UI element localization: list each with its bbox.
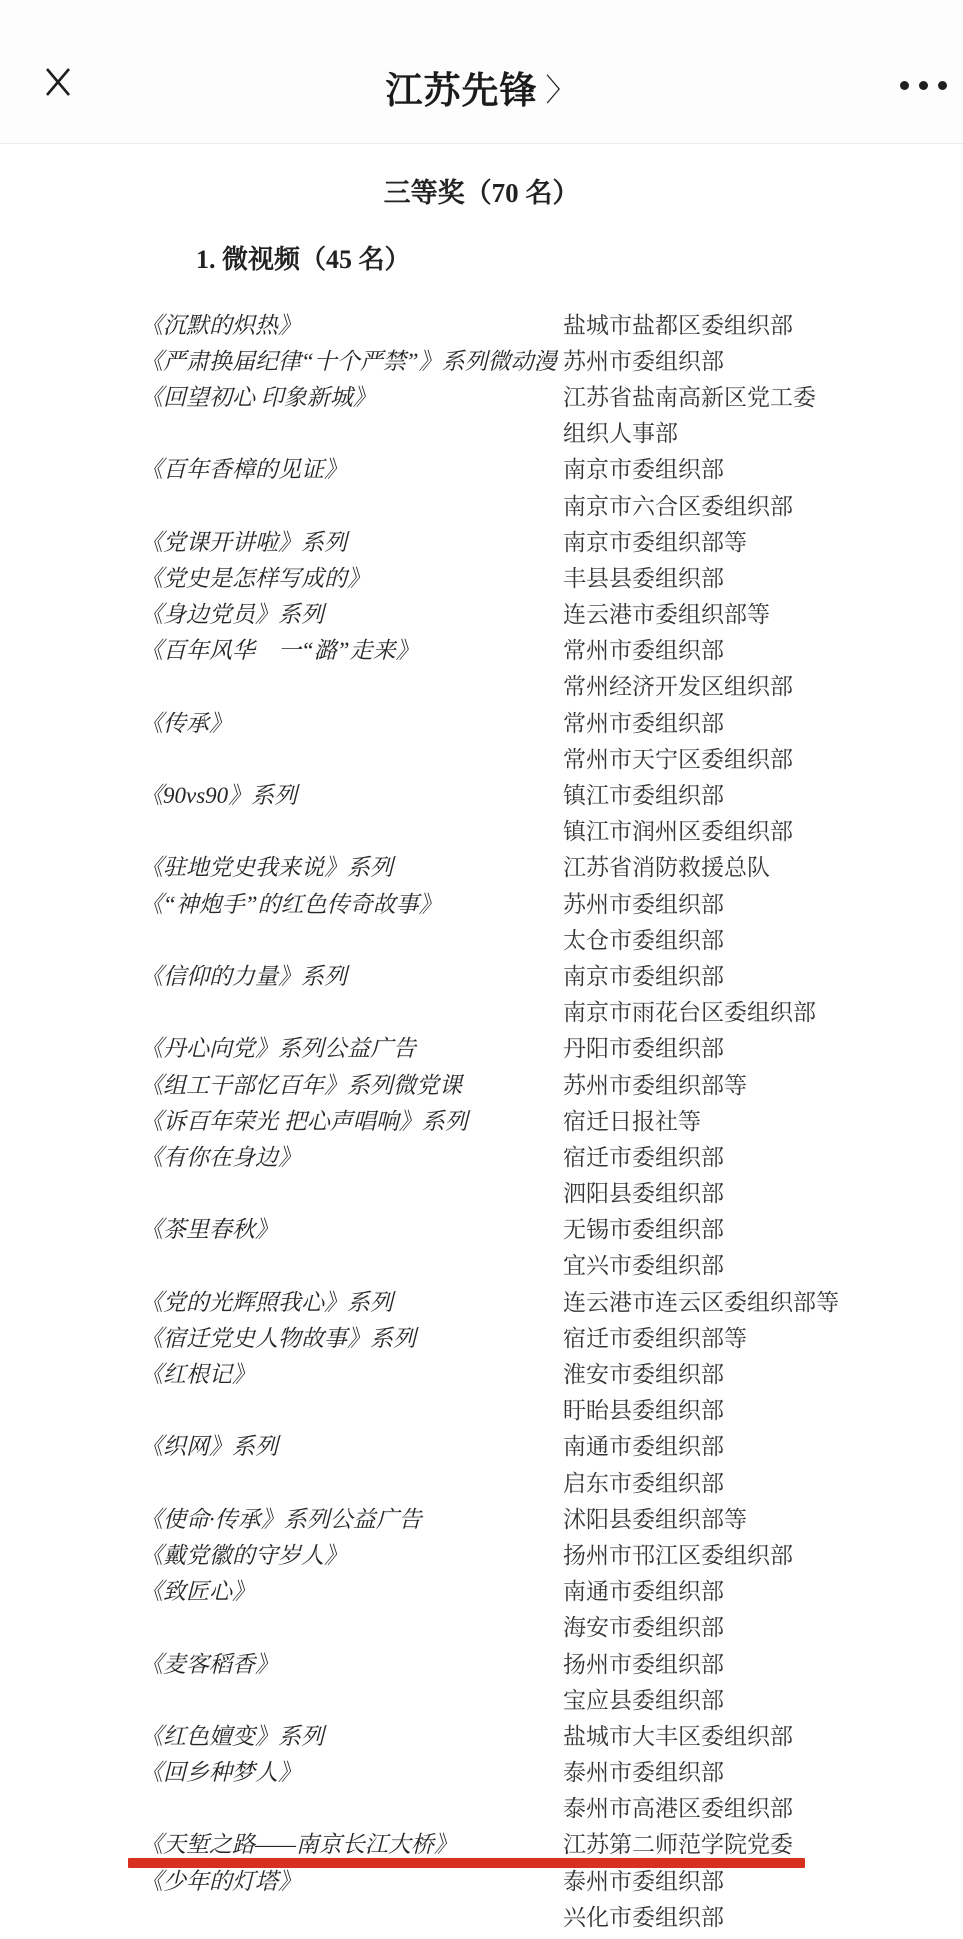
- entry-org: 江苏第二师范学院党委: [563, 1826, 793, 1859]
- entry-line: 盱眙县委组织部: [0, 1391, 963, 1427]
- entry-org: 南通市委组织部: [563, 1428, 724, 1461]
- entry-org: 南京市雨花台区委组织部: [563, 994, 816, 1027]
- entry-line: 海安市委组织部: [0, 1608, 963, 1644]
- entry-line: 《麦客稻香》扬州市委组织部: [0, 1644, 963, 1680]
- entry-title: 《戴党徽的守岁人》: [140, 1537, 563, 1570]
- entry-title: 《传承》: [140, 705, 563, 738]
- entry-line: 《回乡种梦人》泰州市委组织部: [0, 1753, 963, 1789]
- entry-title: 《严肃换届纪律“十个严禁”》系列微动漫: [140, 343, 563, 376]
- entry-title: 《丹心向党》系列公益广告: [140, 1030, 563, 1063]
- entry-title: 《回望初心 印象新城》: [140, 379, 563, 412]
- entry-line: 《党史是怎样写成的》丰县县委组织部: [0, 558, 963, 594]
- entry-org: 连云港市委组织部等: [563, 596, 770, 629]
- entry-org: 泰州市委组织部: [563, 1863, 724, 1896]
- entry-org: 宿迁市委组织部: [563, 1139, 724, 1172]
- entry-line: 《信仰的力量》系列南京市委组织部: [0, 956, 963, 992]
- entry-org: 宿迁市委组织部等: [563, 1320, 747, 1353]
- entry-org: 宝应县委组织部: [563, 1682, 724, 1715]
- entry-line: 《少年的灯塔》泰州市委组织部: [0, 1861, 963, 1897]
- entry-title: 《驻地党史我来说》系列: [140, 849, 563, 882]
- more-dots-icon: [938, 81, 947, 90]
- entry-title: 《党课开讲啦》系列: [140, 524, 563, 557]
- entry-line: 《驻地党史我来说》系列江苏省消防救援总队: [0, 848, 963, 884]
- page-title-text: 江苏先锋: [386, 70, 538, 111]
- entry-line: 《传承》常州市委组织部: [0, 703, 963, 739]
- entry-line: 兴化市委组织部: [0, 1897, 963, 1933]
- entry-org: 丰县县委组织部: [563, 560, 724, 593]
- entry-org: 淮安市委组织部: [563, 1356, 724, 1389]
- entry-line: 《茶里春秋》无锡市委组织部: [0, 1210, 963, 1246]
- entry-line: 《织网》系列南通市委组织部: [0, 1427, 963, 1463]
- entry-title: 《组工干部忆百年》系列微党课: [140, 1067, 563, 1100]
- entry-line: 《百年香樟的见证》南京市委组织部: [0, 450, 963, 486]
- entry-org: 南京市委组织部: [563, 958, 724, 991]
- entry-org: 常州市天宁区委组织部: [563, 741, 793, 774]
- entry-title: 《百年香樟的见证》: [140, 451, 563, 484]
- chevron-right-icon: 〉: [546, 73, 578, 108]
- entry-org: 常州市委组织部: [563, 705, 724, 738]
- entry-line: 《使命·传承》系列公益广告沭阳县委组织部等: [0, 1499, 963, 1535]
- entry-line: 《党课开讲啦》系列南京市委组织部等: [0, 522, 963, 558]
- topbar: 江苏先锋〉: [0, 0, 963, 144]
- entry-org: 常州市委组织部: [563, 632, 724, 665]
- entry-org: 泗阳县委组织部: [563, 1175, 724, 1208]
- entry-line: 《宿迁党史人物故事》系列宿迁市委组织部等: [0, 1318, 963, 1354]
- entry-line: 太仓市委组织部: [0, 920, 963, 956]
- entry-org: 丹阳市委组织部: [563, 1030, 724, 1063]
- entry-line: 《红色嬗变》系列盐城市大丰区委组织部: [0, 1716, 963, 1752]
- entry-line: 镇江市润州区委组织部: [0, 812, 963, 848]
- entry-line: 常州市天宁区委组织部: [0, 739, 963, 775]
- entry-title: 《使命·传承》系列公益广告: [140, 1501, 563, 1534]
- entry-org: 南通市委组织部: [563, 1573, 724, 1606]
- entry-line: 《百年风华 一“潞”走来》常州市委组织部: [0, 631, 963, 667]
- entry-line: 《组工干部忆百年》系列微党课苏州市委组织部等: [0, 1065, 963, 1101]
- entry-org: 连云港市连云区委组织部等: [563, 1284, 839, 1317]
- entry-org: 无锡市委组织部: [563, 1211, 724, 1244]
- entry-org: 启东市委组织部: [563, 1465, 724, 1498]
- entry-line: 南京市雨花台区委组织部: [0, 993, 963, 1029]
- entry-title: 《宿迁党史人物故事》系列: [140, 1320, 563, 1353]
- entry-line: 《90vs90》系列镇江市委组织部: [0, 775, 963, 811]
- entry-title: 《回乡种梦人》: [140, 1754, 563, 1787]
- entry-title: 《少年的灯塔》: [140, 1863, 563, 1896]
- entry-title: 《党史是怎样写成的》: [140, 560, 563, 593]
- entry-org: 太仓市委组织部: [563, 922, 724, 955]
- entry-line: 《回望初心 印象新城》江苏省盐南高新区党工委: [0, 377, 963, 413]
- entry-org: 盐城市大丰区委组织部: [563, 1718, 793, 1751]
- entry-line: 宜兴市委组织部: [0, 1246, 963, 1282]
- entry-line: 宝应县委组织部: [0, 1680, 963, 1716]
- entry-title: 《天堑之路——南京长江大桥》: [140, 1826, 563, 1859]
- entry-org: 南京市委组织部等: [563, 524, 747, 557]
- entry-line: 泗阳县委组织部: [0, 1174, 963, 1210]
- entry-title: 《党的光辉照我心》系列: [140, 1284, 563, 1317]
- entry-org: 南京市委组织部: [563, 451, 724, 484]
- page-title[interactable]: 江苏先锋〉: [0, 60, 963, 114]
- entry-org: 海安市委组织部: [563, 1609, 724, 1642]
- entry-org: 宜兴市委组织部: [563, 1247, 724, 1280]
- entry-title: 《90vs90》系列: [140, 777, 563, 810]
- entry-line: 《戴党徽的守岁人》扬州市邗江区委组织部: [0, 1535, 963, 1571]
- entry-line: 《“神炮手”的红色传奇故事》苏州市委组织部: [0, 884, 963, 920]
- entry-line: 《诉百年荣光 把心声唱响》系列宿迁日报社等: [0, 1101, 963, 1137]
- wechat-article-page: 江苏先锋〉 三等奖（70 名） 1. 微视频（45 名） 《沉默的炽热》盐城市盐…: [0, 0, 963, 1939]
- entry-line: 《红根记》淮安市委组织部: [0, 1354, 963, 1390]
- entry-title: 《茶里春秋》: [140, 1211, 563, 1244]
- entry-title: 《诉百年荣光 把心声唱响》系列: [140, 1103, 563, 1136]
- entry-org: 苏州市委组织部: [563, 886, 724, 919]
- entries-list: 《沉默的炽热》盐城市盐都区委组织部《严肃换届纪律“十个严禁”》系列微动漫苏州市委…: [0, 305, 963, 1933]
- entry-line: 组织人事部: [0, 414, 963, 450]
- entry-org: 江苏省消防救援总队: [563, 849, 770, 882]
- entry-org: 镇江市润州区委组织部: [563, 813, 793, 846]
- entry-line: 《党的光辉照我心》系列连云港市连云区委组织部等: [0, 1282, 963, 1318]
- entry-line: 《严肃换届纪律“十个严禁”》系列微动漫苏州市委组织部: [0, 341, 963, 377]
- entry-org: 镇江市委组织部: [563, 777, 724, 810]
- entry-org: 兴化市委组织部: [563, 1899, 724, 1932]
- entry-line: 常州经济开发区组织部: [0, 667, 963, 703]
- entry-title: 《身边党员》系列: [140, 596, 563, 629]
- entry-title: 《有你在身边》: [140, 1139, 563, 1172]
- entry-line: 《致匠心》南通市委组织部: [0, 1572, 963, 1608]
- entry-title: 《百年风华 一“潞”走来》: [140, 632, 563, 665]
- entry-line: 《有你在身边》宿迁市委组织部: [0, 1137, 963, 1173]
- entry-org: 组织人事部: [563, 415, 678, 448]
- entry-org: 南京市六合区委组织部: [563, 488, 793, 521]
- entry-org: 苏州市委组织部: [563, 343, 724, 376]
- entry-org: 泰州市委组织部: [563, 1754, 724, 1787]
- entry-org: 苏州市委组织部等: [563, 1067, 747, 1100]
- entry-line: 南京市六合区委组织部: [0, 486, 963, 522]
- entry-org: 泰州市高港区委组织部: [563, 1790, 793, 1823]
- more-dots-icon: [919, 81, 928, 90]
- entry-org: 扬州市委组织部: [563, 1646, 724, 1679]
- entry-title: 《致匠心》: [140, 1573, 563, 1606]
- entry-org: 宿迁日报社等: [563, 1103, 701, 1136]
- more-dots-icon: [900, 81, 909, 90]
- entry-line: 《天堑之路——南京长江大桥》江苏第二师范学院党委: [0, 1825, 963, 1861]
- entry-org: 江苏省盐南高新区党工委: [563, 379, 816, 412]
- entry-line: 《丹心向党》系列公益广告丹阳市委组织部: [0, 1029, 963, 1065]
- entry-org: 盐城市盐都区委组织部: [563, 307, 793, 340]
- entry-title: 《沉默的炽热》: [140, 307, 563, 340]
- entry-line: 《沉默的炽热》盐城市盐都区委组织部: [0, 305, 963, 341]
- more-button[interactable]: [891, 70, 947, 100]
- entry-title: 《织网》系列: [140, 1428, 563, 1461]
- entry-line: 《身边党员》系列连云港市委组织部等: [0, 595, 963, 631]
- entry-line: 启东市委组织部: [0, 1463, 963, 1499]
- entry-org: 扬州市邗江区委组织部: [563, 1537, 793, 1570]
- subsection-title: 1. 微视频（45 名）: [0, 246, 963, 274]
- entry-title: 《红色嬗变》系列: [140, 1718, 563, 1751]
- section-title: 三等奖（70 名）: [0, 178, 963, 208]
- entry-title: 《信仰的力量》系列: [140, 958, 563, 991]
- entry-title: 《麦客稻香》: [140, 1646, 563, 1679]
- entry-title: 《“神炮手”的红色传奇故事》: [140, 886, 563, 919]
- entry-line: 泰州市高港区委组织部: [0, 1789, 963, 1825]
- entry-title: 《红根记》: [140, 1356, 563, 1389]
- entry-org: 常州经济开发区组织部: [563, 668, 793, 701]
- entry-org: 沭阳县委组织部等: [563, 1501, 747, 1534]
- entry-org: 盱眙县委组织部: [563, 1392, 724, 1425]
